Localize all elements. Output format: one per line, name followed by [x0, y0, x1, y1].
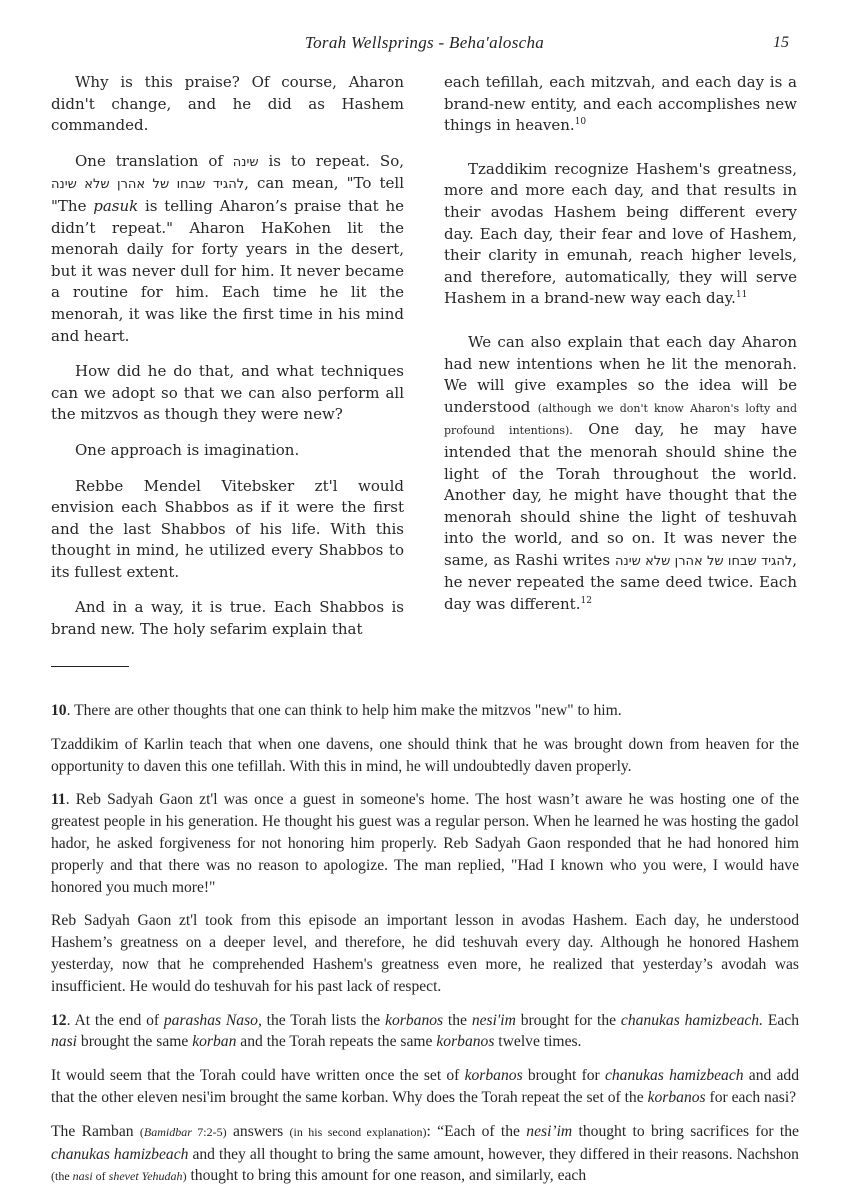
text: : “Each of the [426, 1123, 526, 1140]
text: is telling Aharon’s praise that he didn’… [51, 197, 404, 345]
paragraph: Tzaddikim recognize Hashem's greatness, … [444, 159, 797, 310]
hebrew-text: להגיד שבחו של אהרן שלא שינה [51, 177, 244, 192]
text: thought to bring this amount for one rea… [187, 1167, 587, 1184]
parenthetical: of [93, 1169, 109, 1183]
text: for each nasi? [706, 1089, 796, 1106]
text: and they all thought to bring the same a… [188, 1146, 799, 1163]
text: Tzaddikim recognize Hashem's greatness, … [444, 160, 797, 308]
text: twelve times. [494, 1033, 581, 1050]
text: brought the same [77, 1033, 192, 1050]
page-number: 15 [773, 34, 789, 52]
paragraph: One translation of שינה is to repeat. So… [51, 151, 404, 347]
italic-term: nesi’im [526, 1123, 572, 1140]
italic-term: korbanos [436, 1033, 494, 1050]
text: . Reb Sadyah Gaon zt'l was once a guest … [51, 791, 799, 895]
italic-term: korbanos [385, 1012, 443, 1029]
italic-term: pasuk [93, 197, 138, 215]
paragraph: And in a way, it is true. Each Shabbos i… [51, 597, 404, 640]
text: . At the end of [67, 1012, 164, 1029]
footnote-number: 11 [51, 791, 66, 808]
text: It would seem that the Torah could have … [51, 1067, 465, 1084]
italic-term: nesi'im [472, 1012, 516, 1029]
italic-term: nasi [51, 1033, 77, 1050]
body-columns: Why is this praise? Of course, Aharon di… [51, 72, 799, 647]
footnote-10-continued: Tzaddikim of Karlin teach that when one … [51, 734, 799, 778]
footnote-ref[interactable]: 12 [580, 596, 591, 606]
paragraph: Why is this praise? Of course, Aharon di… [51, 72, 404, 137]
paragraph: We can also explain that each day Aharon… [444, 332, 797, 616]
footnote-10: 10. There are other thoughts that one ca… [51, 700, 799, 722]
footnote-11-continued: Reb Sadyah Gaon zt'l took from this epis… [51, 910, 799, 997]
footnotes: 10. There are other thoughts that one ca… [51, 700, 799, 1200]
text: and the Torah repeats the same [236, 1033, 436, 1050]
hebrew-text: להגיד שבחו של אהרן שלא שינה [615, 554, 792, 569]
parenthetical: (in his second explanation) [290, 1125, 427, 1139]
text: One day, he may have intended that the m… [444, 420, 797, 569]
italic-term: korban [192, 1033, 236, 1050]
footnote-12: 12. At the end of parashas Naso, the Tor… [51, 1010, 799, 1054]
italic-term: chanukas hamizbeach [51, 1146, 188, 1163]
right-column: each tefillah, each mitzvah, and each da… [444, 72, 797, 630]
paragraph: each tefillah, each mitzvah, and each da… [444, 72, 797, 137]
page-header: Torah Wellsprings - Beha'aloscha 15 [0, 33, 849, 55]
text: each tefillah, each mitzvah, and each da… [444, 73, 797, 134]
footnote-number: 10 [51, 702, 67, 719]
footnote-divider [51, 666, 129, 667]
text: thought to bring sacrifices for the [572, 1123, 799, 1140]
text: the [443, 1012, 472, 1029]
text: Each [763, 1012, 799, 1029]
left-column: Why is this praise? Of course, Aharon di… [51, 72, 404, 655]
italic-term: chanukas hamizbeach. [621, 1012, 763, 1029]
text: is to repeat. So, [259, 152, 404, 170]
hebrew-text: שינה [233, 155, 259, 170]
footnote-12-ramban: The Ramban (Bamidbar 7:2-5) answers (in … [51, 1121, 799, 1188]
text: the Torah lists the [262, 1012, 385, 1029]
parenthetical: (the [51, 1169, 73, 1183]
text: brought for the [516, 1012, 621, 1029]
text: . There are other thoughts that one can … [67, 702, 622, 719]
italic-term: korbanos [465, 1067, 523, 1084]
footnote-ref[interactable]: 10 [575, 117, 586, 127]
text: The Ramban [51, 1123, 140, 1140]
italic-term: chanukas hamizbeach [605, 1067, 744, 1084]
parenthetical-italic: nasi [73, 1169, 93, 1183]
italic-term: parashas Naso, [164, 1012, 262, 1029]
text: One translation of [75, 152, 233, 170]
footnote-12-continued: It would seem that the Torah could have … [51, 1065, 799, 1109]
text: brought for [523, 1067, 605, 1084]
parenthetical-italic: shevet Yehudah [109, 1169, 183, 1183]
citation-italic: Bamidbar [144, 1125, 192, 1139]
running-title: Torah Wellsprings - Beha'aloscha [0, 33, 849, 53]
text: answers [227, 1123, 290, 1140]
italic-term: korbanos [648, 1089, 706, 1106]
paragraph: Rebbe Mendel Vitebsker zt'l would envisi… [51, 476, 404, 584]
footnote-11: 11. Reb Sadyah Gaon zt'l was once a gues… [51, 789, 799, 898]
paragraph: One approach is imagination. [51, 440, 404, 462]
footnote-ref[interactable]: 11 [736, 290, 747, 300]
footnote-number: 12 [51, 1012, 67, 1029]
paragraph: How did he do that, and what techniques … [51, 361, 404, 426]
citation: 7:2-5) [192, 1125, 227, 1139]
